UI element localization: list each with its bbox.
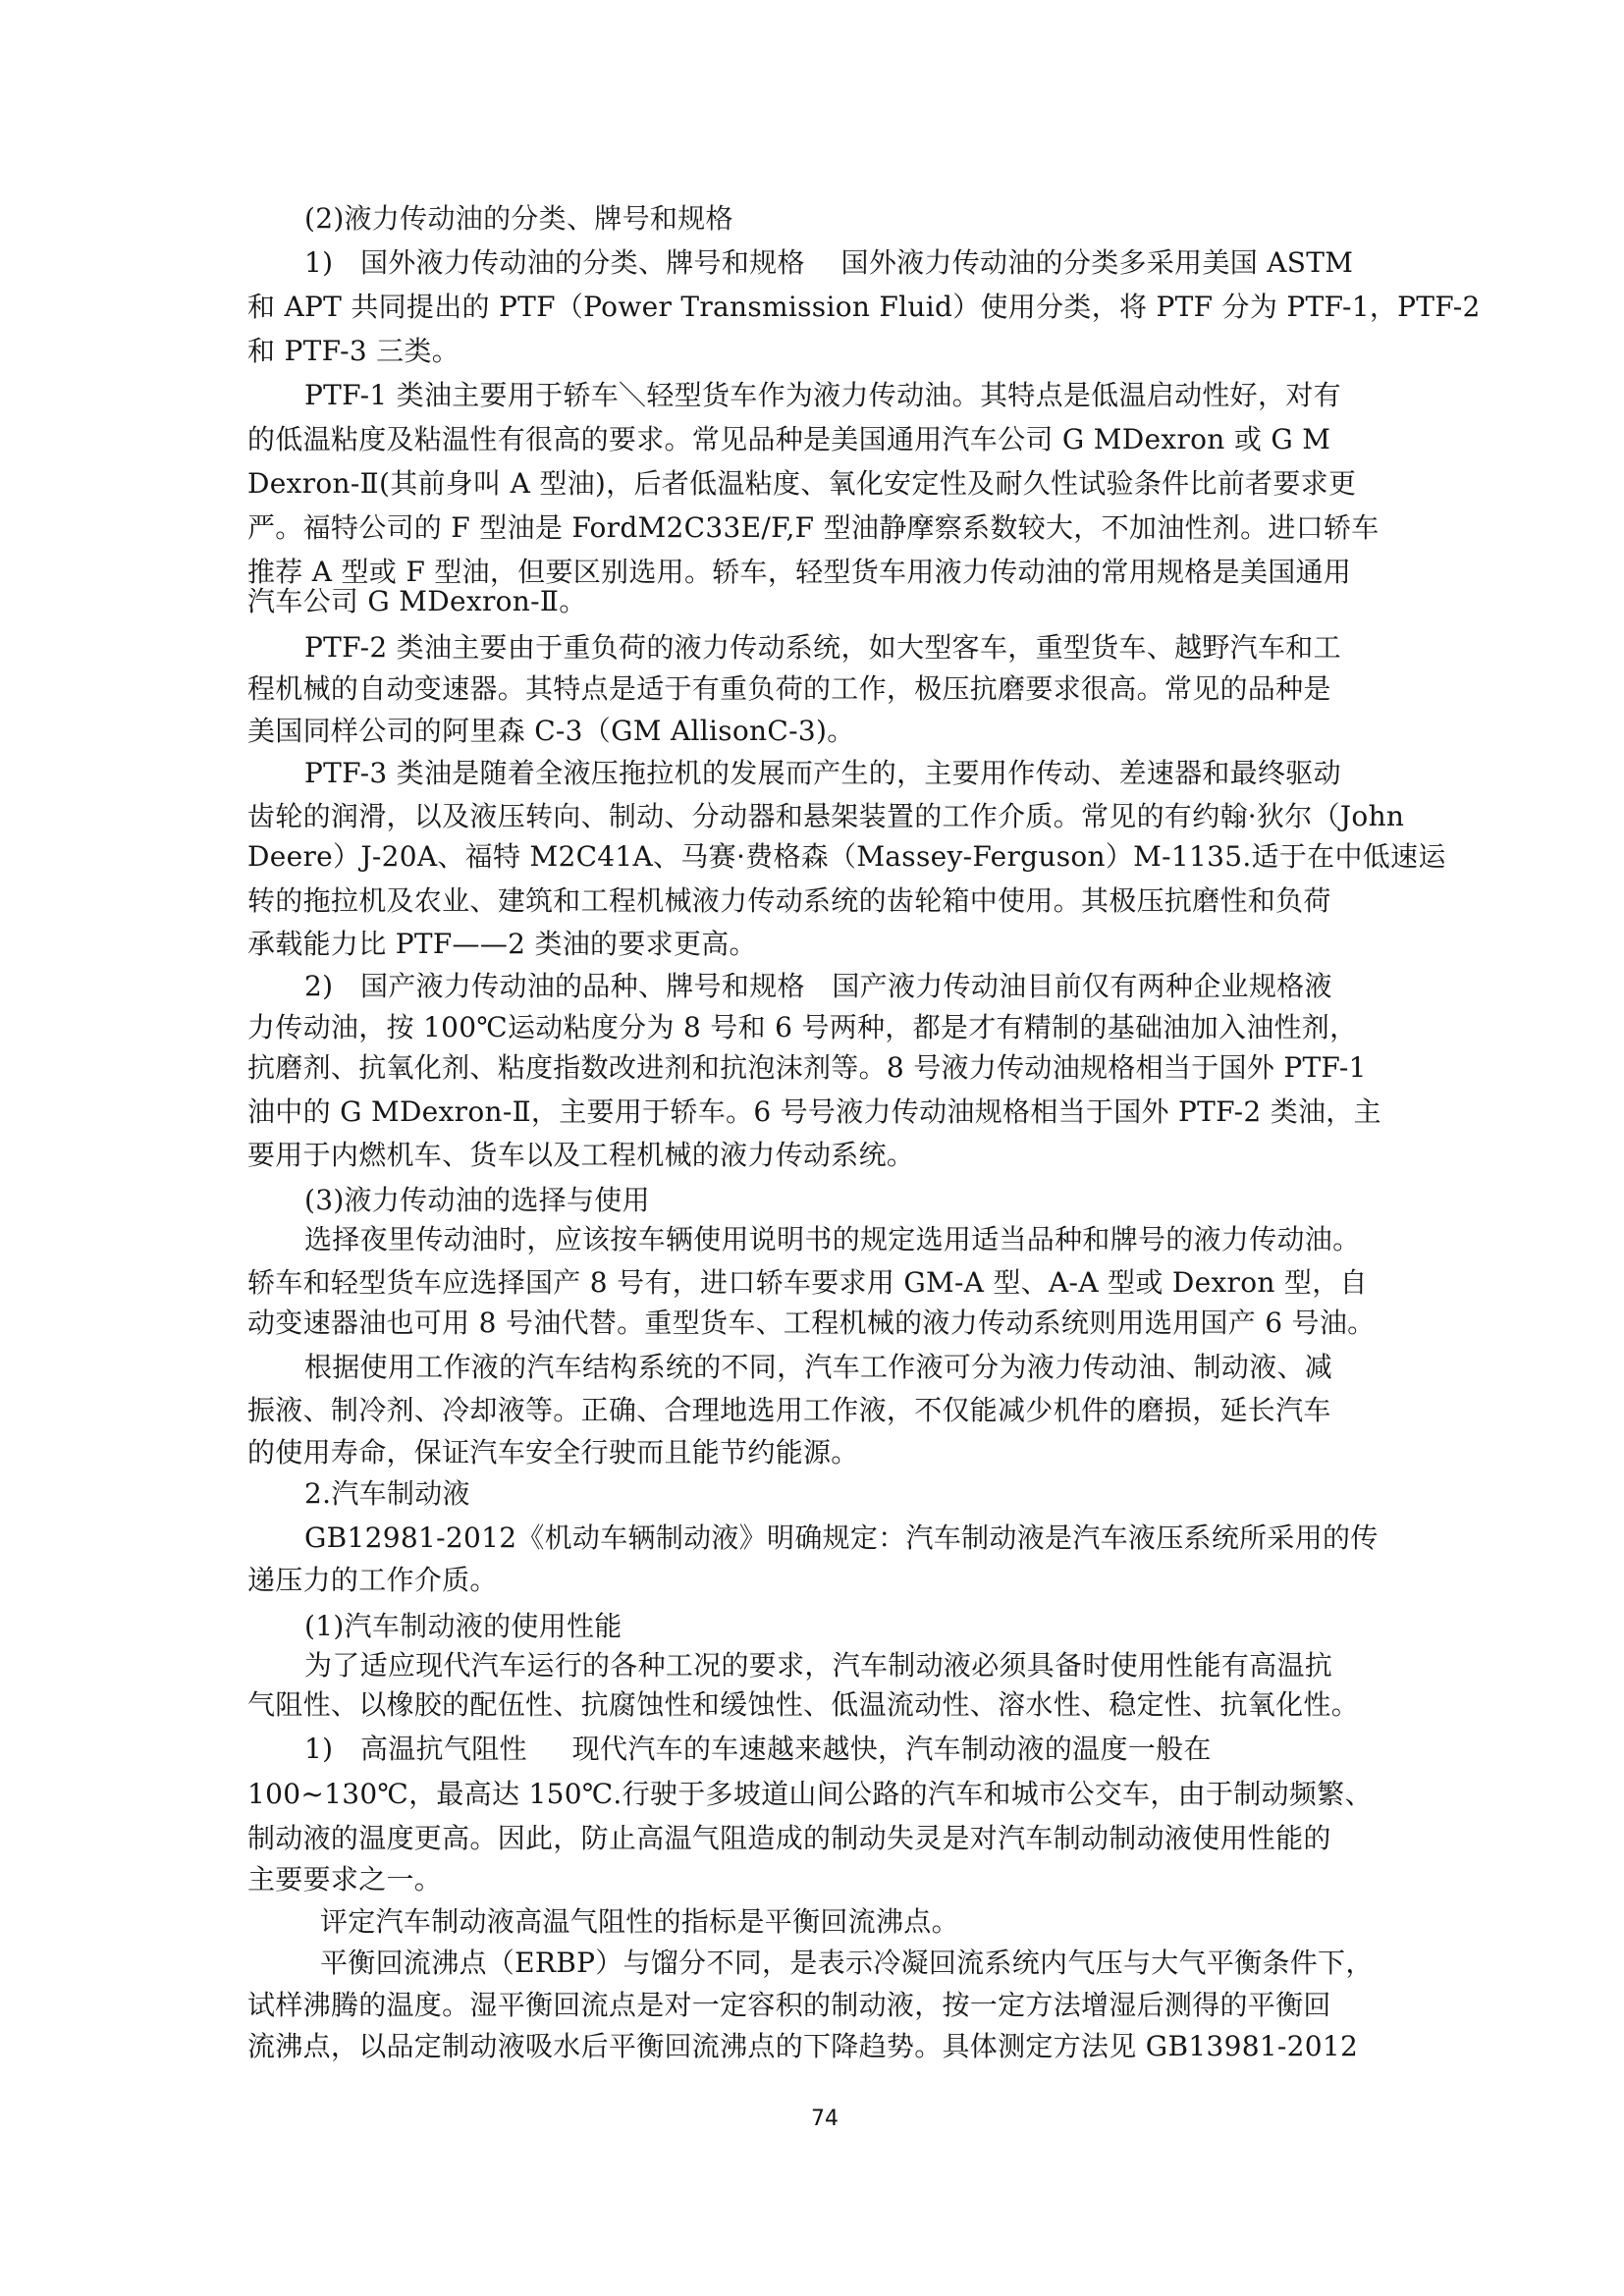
- text-line: Deere）J-20A、福特 M2C41A、马赛·费格森（Massey-Ferg…: [247, 837, 1446, 877]
- text-line: 和 APT 共同提出的 PTF（Power Transmission Fluid…: [247, 288, 1481, 327]
- text-line: 动变速器油也可用 8 号油代替。重型货车、工程机械的液力传动系统则用选用国产 6…: [247, 1304, 1375, 1343]
- text-line: 1) 高温抗气阻性 现代汽车的车速越来越快，汽车制动液的温度一般在: [304, 1730, 1212, 1769]
- section-heading: (2)液力传动油的分类、牌号和规格: [304, 199, 733, 239]
- text-line: 抗磨剂、抗氧化剂、粘度指数改进剂和抗泡沫剂等。8 号液力传动油规格相当于国外 P…: [247, 1048, 1367, 1088]
- section-heading: (3)液力传动油的选择与使用: [304, 1181, 650, 1220]
- text-line: 评定汽车制动液高温气阻性的指标是平衡回流沸点。: [320, 1902, 959, 1942]
- text-line: 齿轮的润滑，以及液压转向、制动、分动器和悬架装置的工作介质。常见的有约翰·狄尔（…: [247, 797, 1404, 836]
- page-number: 74: [805, 2105, 844, 2134]
- text-line: 1) 国外液力传动油的分类、牌号和规格 国外液力传动油的分类多采用美国 ASTM: [304, 243, 1353, 283]
- text-line: PTF-1 类油主要用于轿车＼轻型货车作为液力传动油。其特点是低温启动性好，对有: [304, 376, 1341, 415]
- text-line: 平衡回流沸点（ERBP）与馏分不同，是表示冷凝回流系统内气压与大气平衡条件下，: [320, 1944, 1374, 1983]
- text-line: 承载能力比 PTF——2 类油的要求更高。: [247, 925, 757, 964]
- text-line: 制动液的温度更高。因此，防止高温气阻造成的制动失灵是对汽车制动制动液使用性能的: [247, 1819, 1331, 1858]
- text-line: 转的拖拉机及农业、建筑和工程机械液力传动系统的齿轮箱中使用。其极压抗磨性和负荷: [247, 881, 1331, 921]
- text-line: 2) 国产液力传动油的品种、牌号和规格 国产液力传动油目前仅有两种企业规格液: [304, 967, 1332, 1006]
- text-line: 试样沸腾的温度。湿平衡回流点是对一定容积的制动液，按一定方法增湿后测得的平衡回: [247, 1986, 1331, 2025]
- text-line: PTF-2 类油主要由于重负荷的液力传动系统，如大型客车，重型货车、越野汽车和工: [304, 628, 1341, 667]
- text-line: 主要要求之一。: [247, 1860, 442, 1899]
- text-line: 美国同样公司的阿里森 C-3（GM AllisonC-3)。: [247, 712, 855, 751]
- text-line: 根据使用工作液的汽车结构系统的不同，汽车工作液可分为液力传动油、制动液、减: [304, 1348, 1332, 1387]
- section-heading: 2.汽车制动液: [304, 1474, 470, 1514]
- text-line: 的低温粘度及粘温性有很高的要求。常见品种是美国通用汽车公司 G MDexron …: [247, 420, 1330, 459]
- text-line: 轿车和轻型货车应选择国产 8 号有，进口轿车要求用 GM-A 型、A-A 型或 …: [247, 1263, 1368, 1303]
- text-line: 严。福特公司的 F 型油是 FordM2C33E/F,F 型油静摩察系数较大，不…: [247, 508, 1380, 548]
- text-line: 油中的 G MDexron-Ⅱ，主要用于轿车。6 号号液力传动油规格相当于国外 …: [247, 1093, 1381, 1132]
- text-line: GB12981-2012《机动车辆制动液》明确规定：汽车制动液是汽车液压系统所采…: [304, 1519, 1379, 1558]
- text-line: 100~130℃，最高达 150℃.行驶于多坡道山间公路的汽车和城市公交车，由于…: [247, 1775, 1373, 1814]
- text-line: 振液、制冷剂、冷却液等。正确、合理地选用工作液，不仅能减少机件的磨损，延长汽车: [247, 1391, 1331, 1430]
- text-line: 和 PTF-3 三类。: [247, 332, 460, 371]
- text-line: 气阻性、以橡胶的配伍性、抗腐蚀性和缓蚀性、低温流动性、溶水性、稳定性、抗氧化性。: [247, 1685, 1359, 1725]
- document-page: (2)液力传动油的分类、牌号和规格1) 国外液力传动油的分类、牌号和规格 国外液…: [0, 0, 1624, 2296]
- text-line: 要用于内燃机车、货车以及工程机械的液力传动系统。: [247, 1136, 914, 1175]
- text-line: 程机械的自动变速器。其特点是适于有重负荷的工作，极压抗磨要求很高。常见的品种是: [247, 669, 1331, 709]
- text-line: Dexron-Ⅱ(其前身叫 A 型油)，后者低温粘度、氧化安定性及耐久性试验条件…: [247, 464, 1356, 504]
- text-line: PTF-3 类油是随着全液压拖拉机的发展而产生的，主要用作传动、差速器和最终驱动: [304, 754, 1341, 793]
- text-line: 汽车公司 G MDexron-Ⅱ。: [247, 582, 587, 621]
- section-heading: (1)汽车制动液的使用性能: [304, 1607, 623, 1646]
- text-line: 流沸点，以品定制动液吸水后平衡回流沸点的下降趋势。具体测定方法见 GB13981…: [247, 2027, 1358, 2066]
- text-line: 选择夜里传动油时，应该按车辆使用说明书的规定选用适当品种和牌号的液力传动油。: [304, 1220, 1360, 1259]
- text-line: 递压力的工作介质。: [247, 1561, 498, 1600]
- text-line: 力传动油，按 100℃运动粘度分为 8 号和 6 号两种，都是才有精制的基础油加…: [247, 1008, 1357, 1047]
- text-line: 的使用寿命，保证汽车安全行驶而且能节约能源。: [247, 1433, 859, 1472]
- text-line: 为了适应现代汽车运行的各种工况的要求，汽车制动液必须具备时使用性能有高温抗: [304, 1646, 1332, 1685]
